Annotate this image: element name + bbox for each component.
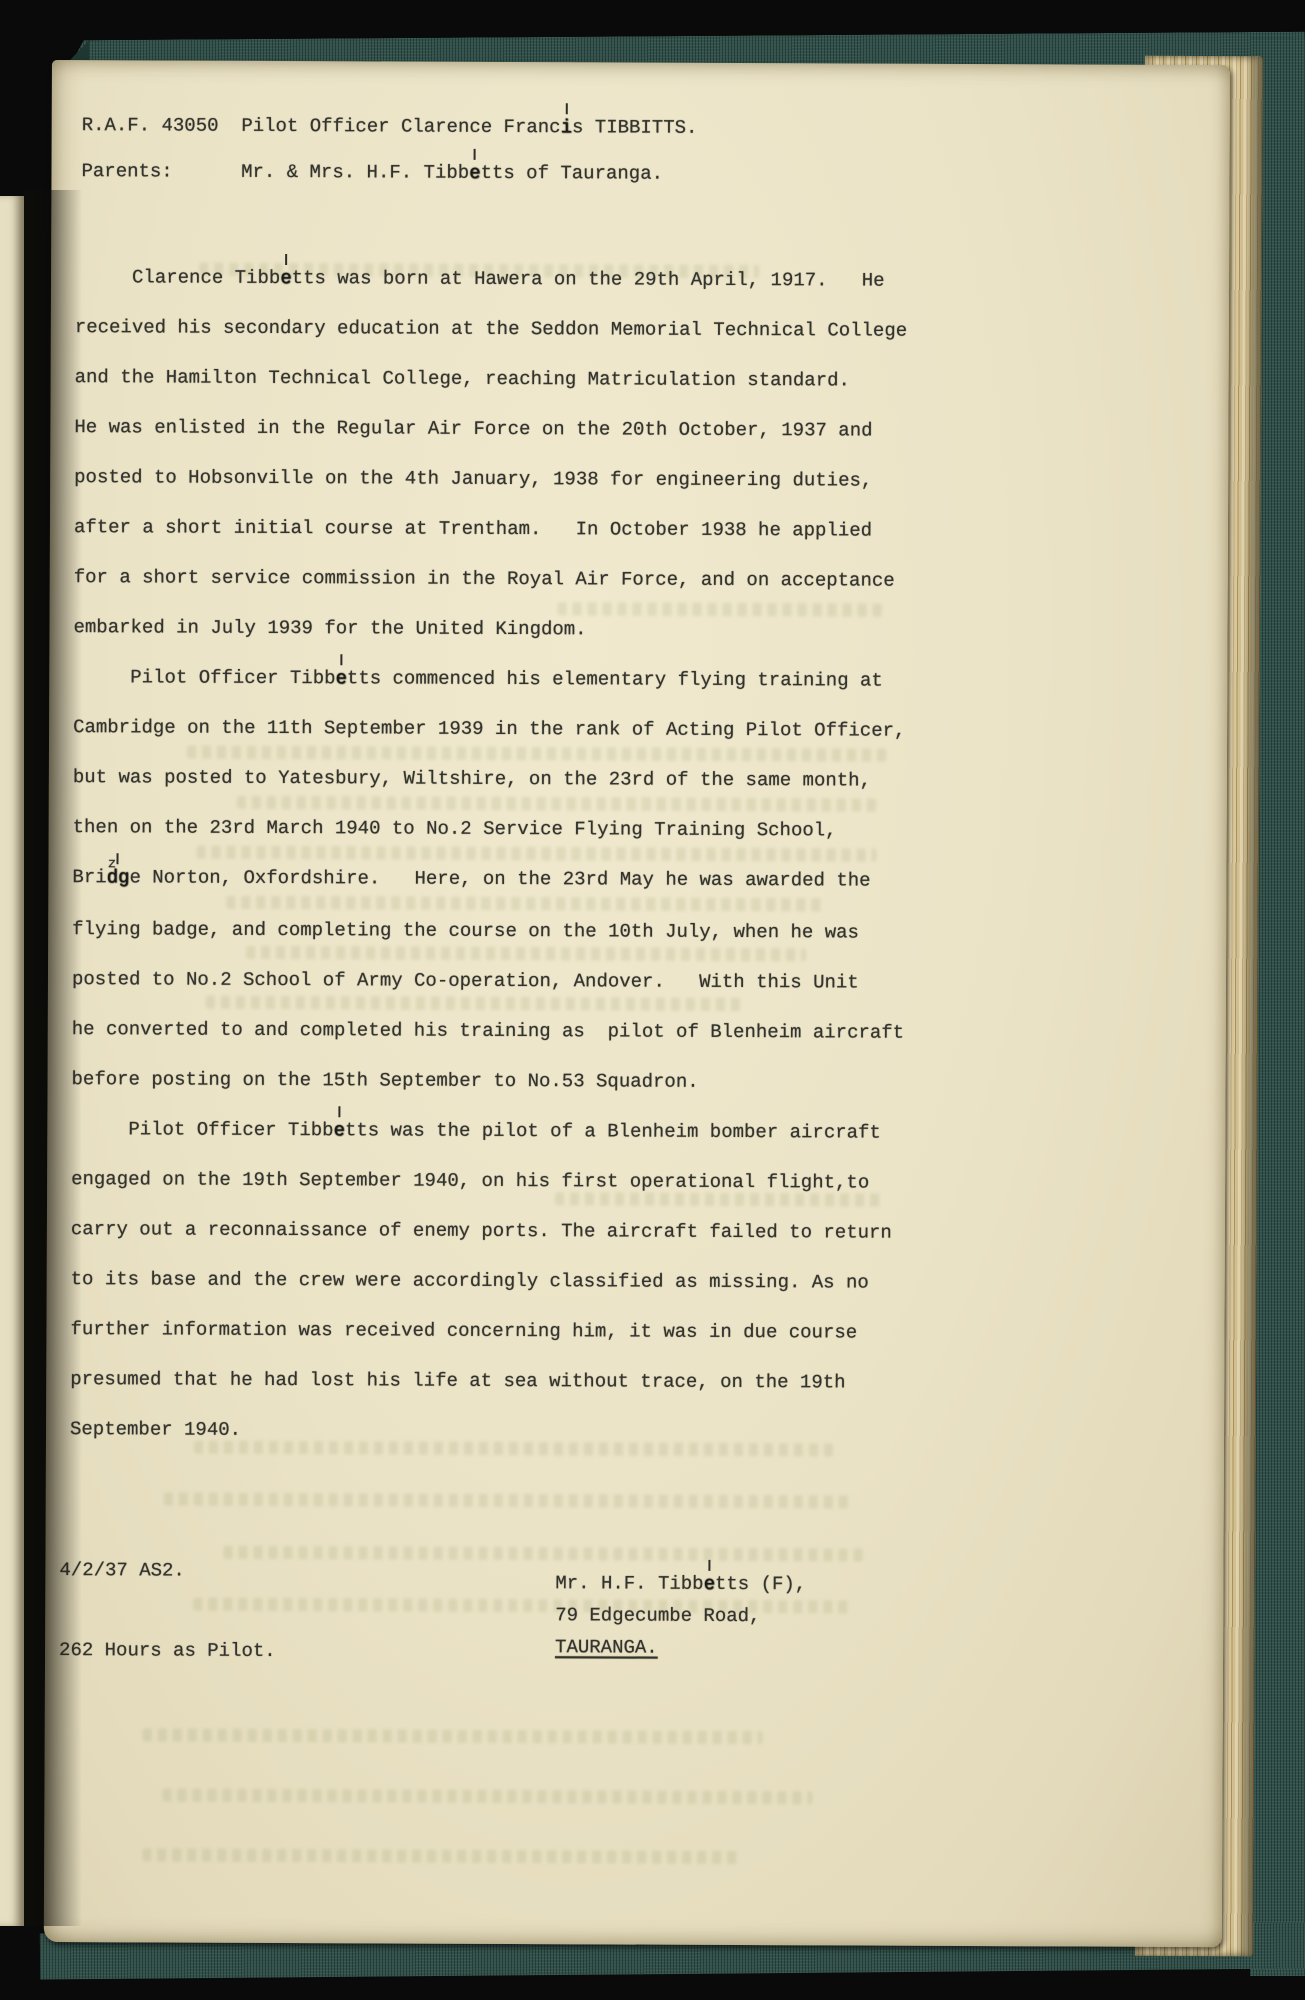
text-segment: Cambridge on the 11th September 1939 in … <box>73 716 905 742</box>
ghost-bleedthrough <box>164 1493 854 1509</box>
text-segment: Parents: Mr. & Mrs. H.F. Tibb <box>81 160 469 184</box>
text-segment: embarked in July 1939 for the United Kin… <box>73 616 586 640</box>
ghost-bleedthrough <box>223 1546 863 1562</box>
typed-line: after a short initial course at Trentham… <box>74 502 974 556</box>
typed-line: He was enlisted in the Regular Air Force… <box>74 402 974 456</box>
document-page: R.A.F. 43050 Pilot Officer Clarence Fran… <box>44 60 1230 1947</box>
text-segment: engaged on the 19th September 1940, on h… <box>71 1168 869 1193</box>
document-header: R.A.F. 43050 Pilot Officer Clarence Fran… <box>81 102 697 197</box>
typed-line: R.A.F. 43050 Pilot Officer Clarence Fran… <box>82 102 698 151</box>
text-segment: and the Hamilton Technical College, reac… <box>75 366 850 391</box>
typed-line: and the Hamilton Technical College, reac… <box>75 352 975 406</box>
document-body: Clarence Tibbetts was born at Hawera on … <box>70 252 975 1458</box>
typed-line: carry out a reconnaissance of enemy port… <box>71 1204 971 1258</box>
text-segment: Pilot Officer Tibb <box>130 666 335 689</box>
overstrike-character: dg <box>107 866 130 888</box>
typed-line: Pilot Officer Tibbetts commenced his ele… <box>73 652 973 706</box>
text-segment: Mr. H.F. Tibb <box>555 1572 703 1595</box>
typed-line: then on the 23rd March 1940 to No.2 Serv… <box>73 802 973 856</box>
text-segment: s TIBBITTS. <box>572 116 698 139</box>
typed-line: presumed that he had lost his life at se… <box>70 1354 970 1408</box>
typed-line: engaged on the 19th September 1940, on h… <box>71 1154 971 1208</box>
text-segment: posted to No.2 School of Army Co-operati… <box>72 968 859 993</box>
text-segment: after a short initial course at Trentham… <box>74 516 872 541</box>
left-page-edge <box>0 196 24 1926</box>
overstrike-character: e <box>469 162 481 184</box>
text-segment: 79 Edgecumbe Road, <box>555 1604 760 1627</box>
text-segment: 4/2/37 AS2. <box>59 1559 185 1582</box>
text-segment: then on the 23rd March 1940 to No.2 Serv… <box>73 816 837 841</box>
overstrike-character: e <box>704 1573 716 1595</box>
text-segment: but was posted to Yatesbury, Wiltshire, … <box>73 766 871 791</box>
text-segment: TAURANGA. <box>555 1636 658 1658</box>
text-segment: presumed that he had lost his life at se… <box>70 1368 845 1393</box>
text-segment: carry out a reconnaissance of enemy port… <box>71 1218 892 1244</box>
text-segment: further information was received concern… <box>70 1318 857 1343</box>
text-segment: tts commenced his elementary flying trai… <box>347 667 883 691</box>
typed-line: September 1940. <box>70 1404 970 1458</box>
typed-line: 262 Hours as Pilot. <box>59 1638 276 1663</box>
text-segment: Clarence Tibb <box>132 266 280 289</box>
text-segment: September 1940. <box>70 1418 241 1441</box>
typed-line: Parents: Mr. & Mrs. H.F. Tibbetts of Tau… <box>81 148 697 197</box>
text-segment: posted to Hobsonville on the 4th January… <box>74 466 872 491</box>
typed-line: he converted to and completed his traini… <box>72 1004 972 1058</box>
text-segment: R.A.F. 43050 Pilot Officer Clarence Fran… <box>82 114 561 138</box>
typed-line: Pilot Officer Tibbetts was the pilot of … <box>71 1104 971 1158</box>
text-segment: tts of Tauranga. <box>481 162 664 185</box>
overstrike-character: e <box>334 1119 346 1141</box>
text-segment: before posting on the 15th September to … <box>72 1068 699 1093</box>
text-segment: to its base and the crew were accordingl… <box>71 1268 869 1293</box>
ghost-bleedthrough <box>162 1788 812 1804</box>
typed-line: Clarence Tibbetts was born at Hawera on … <box>75 252 975 306</box>
typed-line: 4/2/37 AS2. <box>59 1558 276 1583</box>
text-segment: He was enlisted in the Regular Air Force… <box>74 416 872 441</box>
text-segment: e Norton, Oxfordshire. Here, on the 23rd… <box>129 866 870 891</box>
text-segment: he converted to and completed his traini… <box>72 1018 904 1044</box>
overstrike-character: e <box>335 667 347 689</box>
text-segment: flying badge, and completing the course … <box>72 918 859 943</box>
ghost-bleedthrough <box>143 1728 763 1744</box>
text-segment: Bri <box>72 866 106 888</box>
typed-line: 79 Edgecumbe Road, <box>555 1599 806 1632</box>
scan-background: { "colors": { "page": "#ebe3c6", "ink": … <box>0 0 1305 2000</box>
typed-line: flying badge, and completing the course … <box>72 904 972 958</box>
typed-line: received his secondary education at the … <box>75 302 975 356</box>
typed-line: posted to Hobsonville on the 4th January… <box>74 452 974 506</box>
text-segment: tts was the pilot of a Blenheim bomber a… <box>345 1119 881 1143</box>
text-segment: tts (F), <box>715 1573 806 1595</box>
typed-line: embarked in July 1939 for the United Kin… <box>73 602 973 656</box>
overstrike-character: e <box>280 267 292 289</box>
typed-line: Brizdge Norton, Oxfordshire. Here, on th… <box>72 852 972 908</box>
typed-line: Mr. H.F. Tibbetts (F), <box>555 1567 806 1600</box>
footer-address-block: Mr. H.F. Tibbetts (F),79 Edgecumbe Road,… <box>555 1567 806 1664</box>
typed-line: TAURANGA. <box>555 1631 806 1664</box>
typed-line: Cambridge on the 11th September 1939 in … <box>73 702 973 756</box>
ghost-bleedthrough <box>142 1848 742 1864</box>
overstrike-character: i <box>561 116 573 138</box>
typed-line: before posting on the 15th September to … <box>71 1054 971 1108</box>
typed-line: to its base and the crew were accordingl… <box>71 1254 971 1308</box>
typed-line: for a short service commission in the Ro… <box>74 552 974 606</box>
typed-line: further information was received concern… <box>70 1304 970 1358</box>
typed-line: but was posted to Yatesbury, Wiltshire, … <box>73 752 973 806</box>
text-segment: received his secondary education at the … <box>75 316 907 342</box>
text-segment: for a short service commission in the Ro… <box>74 566 895 592</box>
text-segment: tts was born at Hawera on the 29th April… <box>292 267 885 292</box>
footer-reference-block: 4/2/37 AS2.262 Hours as Pilot. <box>59 1558 276 1719</box>
text-segment: 262 Hours as Pilot. <box>59 1639 276 1662</box>
text-segment: Pilot Officer Tibb <box>128 1118 333 1141</box>
typed-line: posted to No.2 School of Army Co-operati… <box>72 954 972 1008</box>
